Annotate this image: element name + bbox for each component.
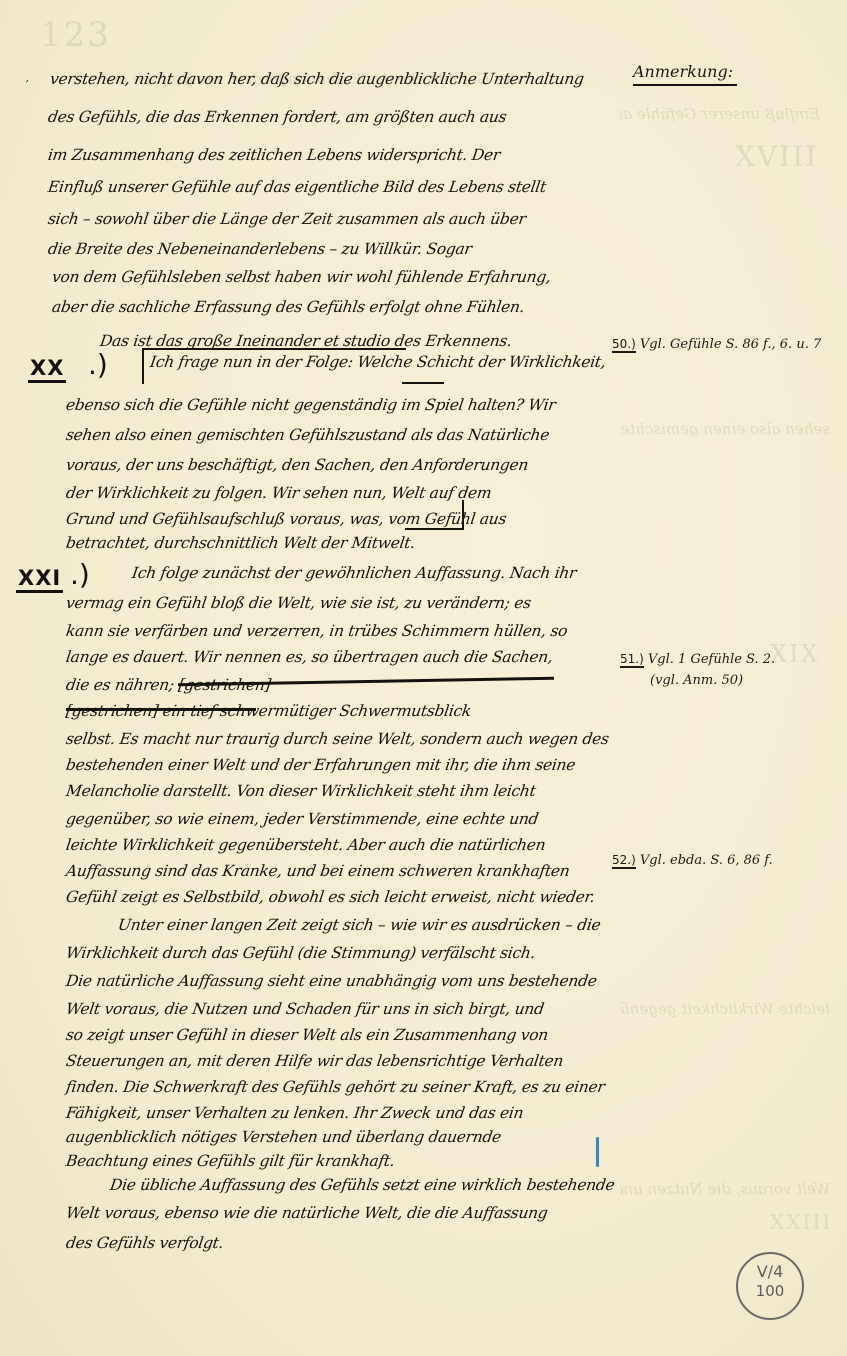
bleed-through-text: sehen also einen gemischten Gefühlszusta… xyxy=(620,420,830,438)
text-line: der Wirklichkeit zu folgen. Wir sehen nu… xyxy=(65,486,492,502)
text-line: voraus, der uns beschäftigt, den Sachen,… xyxy=(65,458,529,474)
margin-note-51-cont: (vgl. Anm. 50) xyxy=(650,673,743,688)
bracket-annotation xyxy=(402,382,444,384)
text-line: Auffassung sind das Kranke, und bei eine… xyxy=(65,864,571,880)
text-line: kann sie verfärben und verzerren, in trü… xyxy=(65,624,568,640)
text-line: Gefühl zeigt es Selbstbild, obwohl es si… xyxy=(65,890,596,906)
bullet-mark: , xyxy=(25,74,29,84)
note-number: 51.) xyxy=(620,652,644,668)
text-line: Grund und Gefühlsaufschluß voraus, was, … xyxy=(65,512,507,528)
text-line: Welt voraus, die Nutzen und Schaden für … xyxy=(65,1002,545,1018)
note-number: 50.) xyxy=(612,337,636,353)
text-line: lange es dauert. Wir nennen es, so übert… xyxy=(65,650,554,666)
text-line: sich – sowohl über die Länge der Zeit zu… xyxy=(47,212,527,228)
section-numeral-label: XX xyxy=(28,356,66,383)
note-text: Vgl. Gefühle S. 86 f., 6. u. 7 xyxy=(640,337,821,352)
margin-note-50: 50.) Vgl. Gefühle S. 86 f., 6. u. 7 xyxy=(612,337,821,352)
note-text: Vgl. ebda. S. 6, 86 f. xyxy=(640,853,773,868)
bleed-through-page-number: 123 xyxy=(40,15,111,55)
text-line: des Gefühls, die das Erkennen fordert, a… xyxy=(47,110,507,126)
text-line: Melancholie darstellt. Von dieser Wirkli… xyxy=(65,784,537,800)
text-line: bestehenden einer Welt und der Erfahrung… xyxy=(65,758,576,774)
bleed-through-text: Einfluß unserer Gefühle auf das eigentli… xyxy=(620,105,820,123)
blue-pencil-mark xyxy=(596,1137,599,1167)
bracket-close xyxy=(462,500,464,530)
text-line: selbst. Es macht nur traurig durch seine… xyxy=(65,732,610,748)
text-line: Wirklichkeit durch das Gefühl (die Stimm… xyxy=(65,946,536,962)
section-numeral-xx: XX xyxy=(28,356,66,380)
bleed-through-text: Welt voraus, die Nutzen und Schaden für … xyxy=(620,1180,830,1198)
archive-page-stamp: V/4 100 xyxy=(736,1252,804,1320)
section-paren: .) xyxy=(70,558,90,591)
text-line: Steuerungen an, mit deren Hilfe wir das … xyxy=(65,1054,564,1070)
text-line: Die übliche Auffassung des Gefühls setzt… xyxy=(109,1178,616,1194)
text-line: Welt voraus, ebenso wie die natürliche W… xyxy=(65,1206,549,1222)
text-line: des Gefühls verfolgt. xyxy=(65,1236,224,1252)
text-line: Die natürliche Auffassung sieht eine una… xyxy=(65,974,598,990)
bleed-through-text: leichte Wirklichkeit gegenübersteht. Abe… xyxy=(620,1000,830,1018)
text-line: die es nähren; [gestrichen] xyxy=(65,678,272,694)
text-line: die Breite des Nebeneinanderlebens – zu … xyxy=(47,242,473,258)
text-line: Ich frage nun in der Folge: Welche Schic… xyxy=(149,355,607,371)
text-line: augenblicklich nötiges Verstehen und übe… xyxy=(65,1130,502,1146)
bleed-through-numeral: XIX xyxy=(770,640,820,668)
bleed-through-numeral: XVIII xyxy=(735,140,818,173)
text-line: so zeigt unser Gefühl in dieser Welt als… xyxy=(65,1028,549,1044)
text-line: von dem Gefühlsleben selbst haben wir wo… xyxy=(51,270,552,286)
margin-note-51: 51.) Vgl. 1 Gefühle S. 2. xyxy=(620,652,775,667)
manuscript-page: 123 XVIII XIX XXIII des Gefühls, die das… xyxy=(0,0,847,1356)
stamp-page-number: 100 xyxy=(738,1282,802,1300)
text-line: gegenüber, so wie einem, jeder Verstimme… xyxy=(65,812,539,828)
note-number: 52.) xyxy=(612,853,636,869)
text-line: ebenso sich die Gefühle nicht gegenständ… xyxy=(65,398,557,414)
bracket-close xyxy=(405,528,463,530)
text-line: finden. Die Schwerkraft des Gefühls gehö… xyxy=(65,1080,606,1096)
strikethrough-line xyxy=(66,708,256,711)
text-line: Fähigkeit, unser Verhalten zu lenken. Ih… xyxy=(65,1106,524,1122)
section-numeral-label: XXI xyxy=(16,566,63,593)
stamp-volume: V/4 xyxy=(738,1262,802,1281)
text-line: im Zusammenhang des zeitlichen Lebens wi… xyxy=(47,148,501,164)
note-text: Vgl. 1 Gefühle S. 2. xyxy=(648,652,775,667)
text-line: Einfluß unserer Gefühle auf das eigentli… xyxy=(47,180,547,196)
text-line: vermag ein Gefühl bloß die Welt, wie sie… xyxy=(65,596,532,612)
text-line: Beachtung eines Gefühls gilt für krankha… xyxy=(65,1154,396,1170)
text-line: aber die sachliche Erfassung des Gefühls… xyxy=(51,300,525,316)
text-line: Unter einer langen Zeit zeigt sich – wie… xyxy=(117,918,602,934)
section-paren: .) xyxy=(88,348,108,381)
section-numeral-xxi: XXI xyxy=(16,566,63,590)
text-line: Ich folge zunächst der gewöhnlichen Auff… xyxy=(131,566,577,582)
text-line: verstehen, nicht davon her, daß sich die… xyxy=(49,72,585,88)
bleed-through-numeral: XXIII xyxy=(770,1210,832,1234)
margin-note-52: 52.) Vgl. ebda. S. 6, 86 f. xyxy=(612,853,773,868)
text-line: sehen also einen gemischten Gefühlszusta… xyxy=(65,428,550,444)
margin-heading: Anmerkung: xyxy=(633,62,737,86)
text-line: [gestrichen] ein tief schwermütiger Schw… xyxy=(65,704,472,720)
text-line: betrachtet, durchschnittlich Welt der Mi… xyxy=(65,536,416,552)
text-line: leichte Wirklichkeit gegenübersteht. Abe… xyxy=(65,838,546,854)
